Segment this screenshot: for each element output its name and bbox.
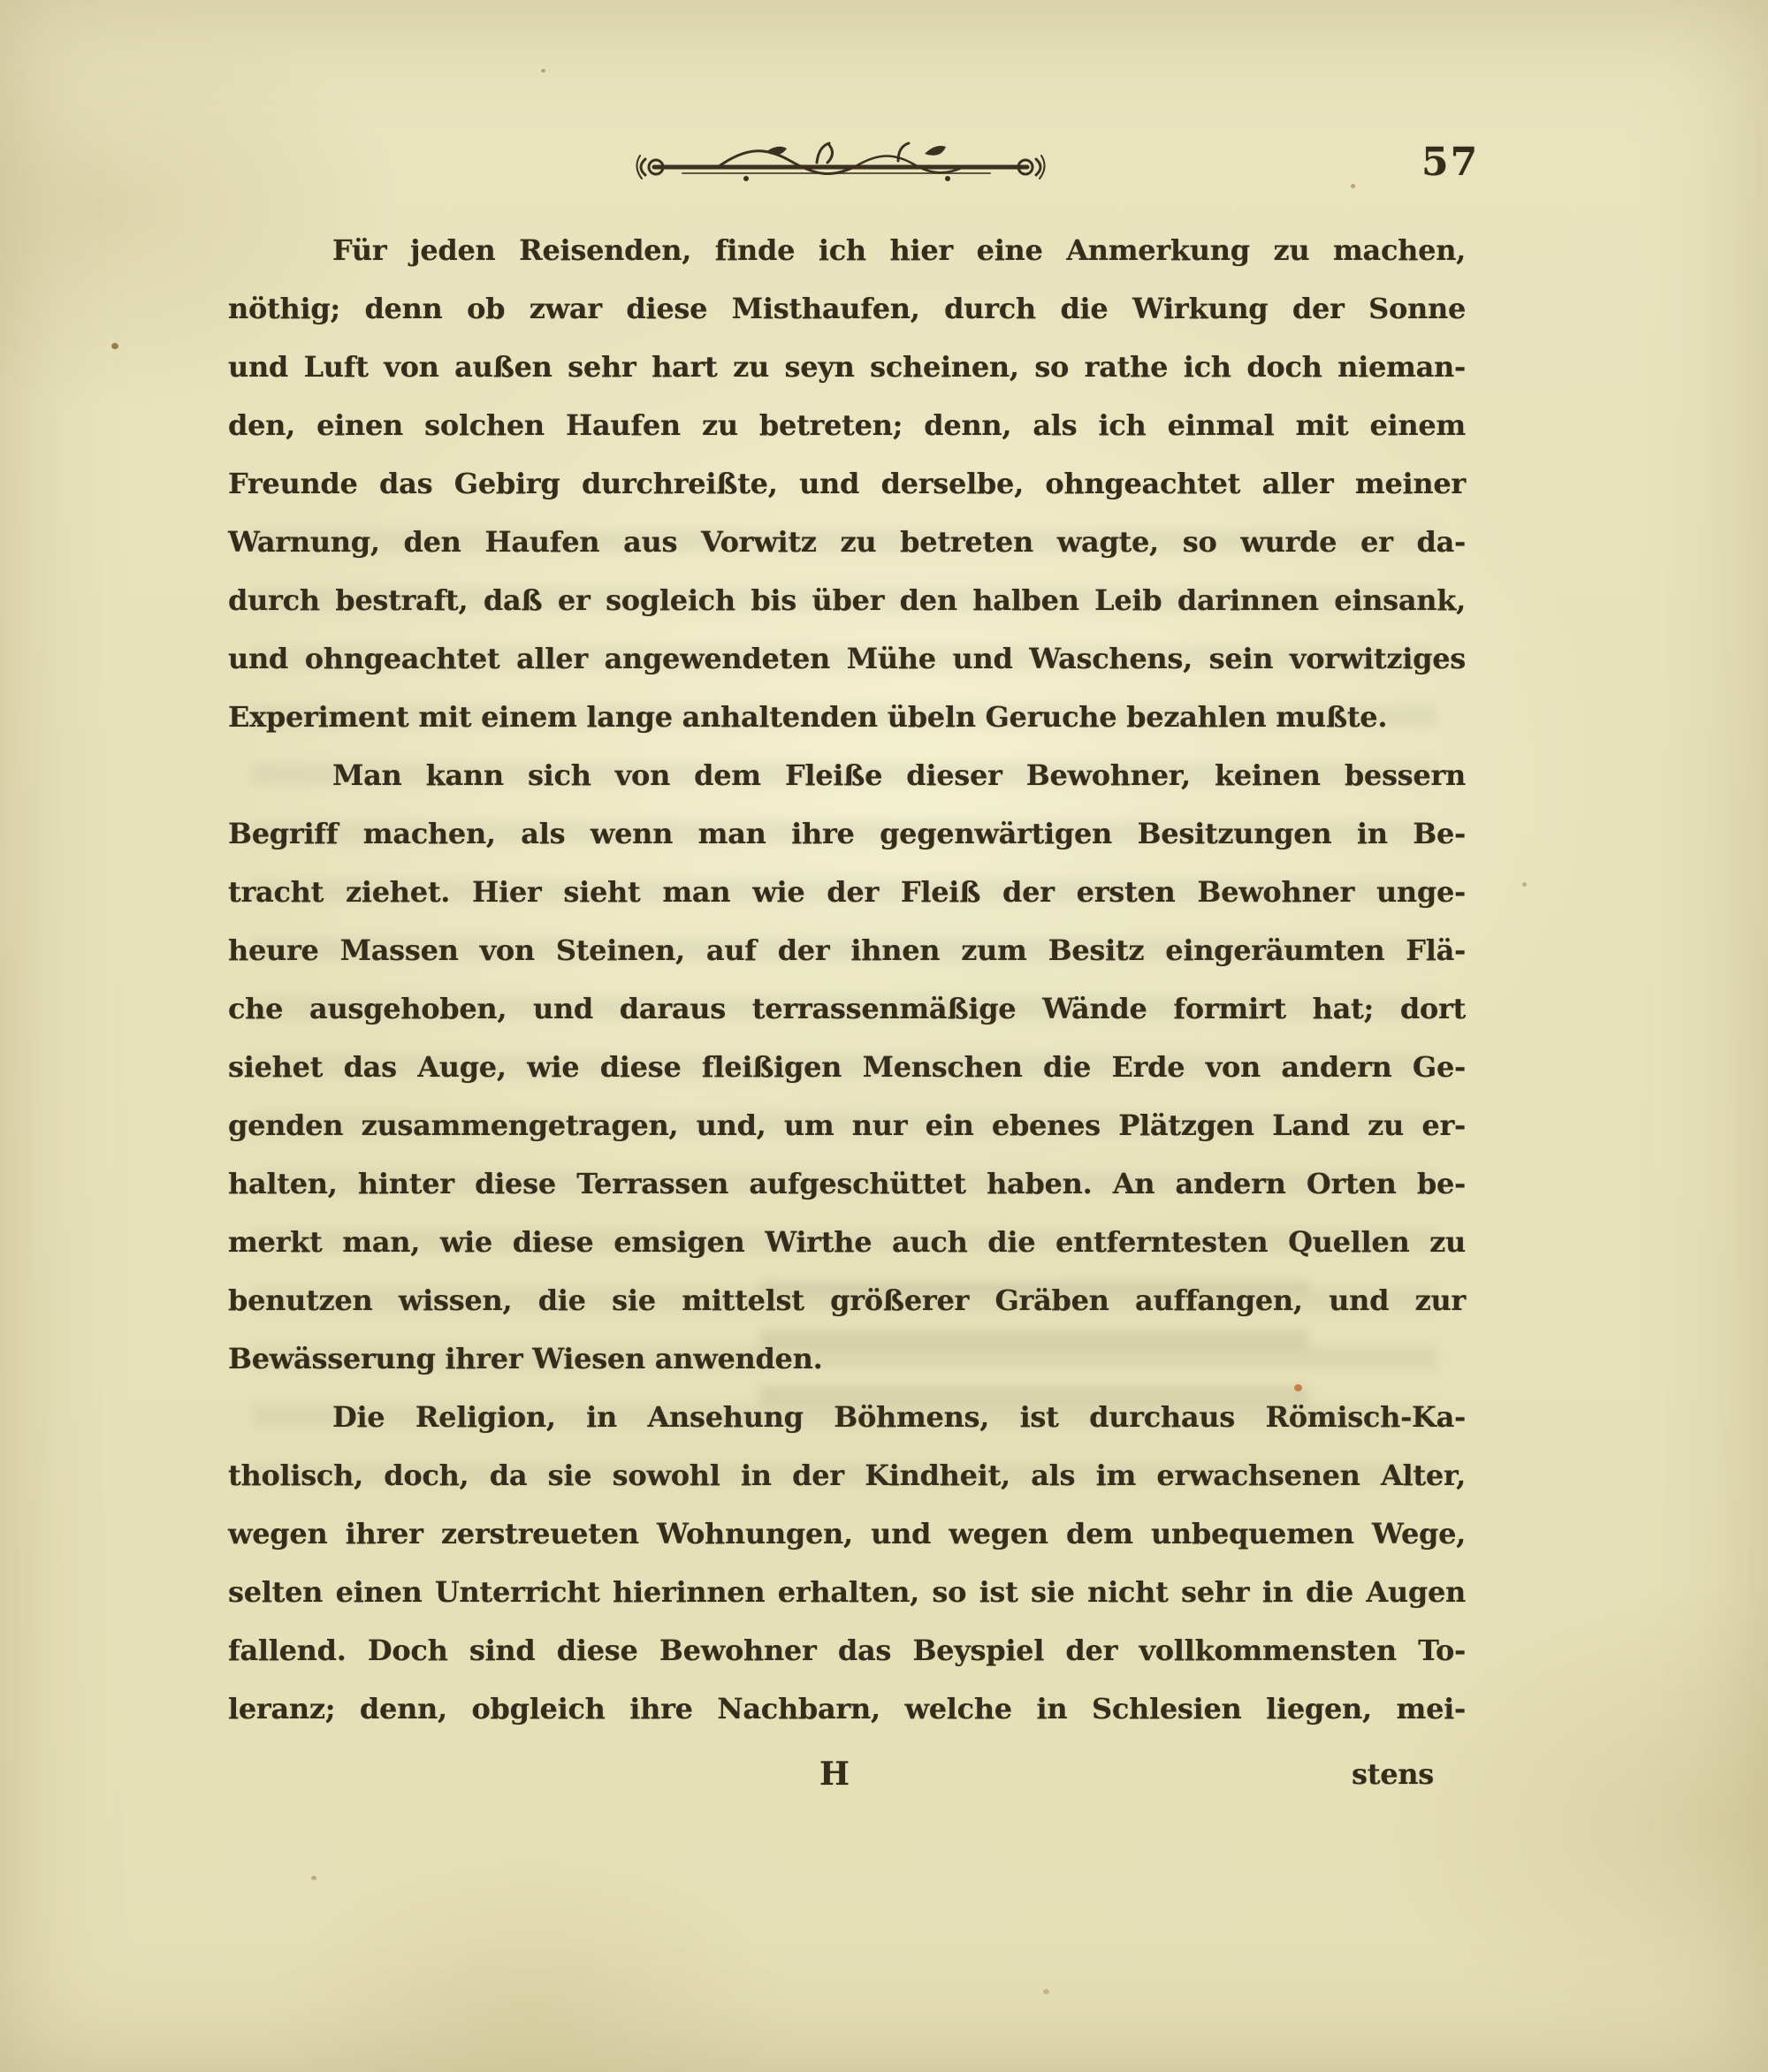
text-line: selten einen Unterricht hierinnen erhalt… <box>228 1563 1466 1621</box>
paper-speck <box>111 343 118 349</box>
text-line: Die Religion, in Ansehung Böhmens, ist d… <box>228 1388 1466 1446</box>
text-line: fallend. Doch sind diese Bewohner das Be… <box>228 1621 1466 1680</box>
text-line: und ohngeachtet aller angewendeten Mühe … <box>228 629 1466 688</box>
text-line: merkt man, wie diese emsigen Wirthe auch… <box>228 1213 1466 1271</box>
signature-mark: H <box>819 1745 850 1803</box>
text-line: tholisch, doch, da sie sowohl in der Kin… <box>228 1446 1466 1504</box>
text-line: Für jeden Reisenden, finde ich hier eine… <box>228 221 1466 279</box>
text-line: Experiment mit einem lange anhaltenden ü… <box>228 688 1466 746</box>
text-line: Warnung, den Haufen aus Vorwitz zu betre… <box>228 513 1466 571</box>
book-page: 57 Für jeden Reisenden, finde ich hier e… <box>0 0 1768 2072</box>
catchword: stens <box>1352 1745 1434 1803</box>
text-line: leranz; denn, obgleich ihre Nachbarn, we… <box>228 1680 1466 1738</box>
text-line: siehet das Auge, wie diese fleißigen Men… <box>228 1038 1466 1096</box>
text-line: benutzen wissen, die sie mittelst größer… <box>228 1271 1466 1329</box>
text-line: che ausgehoben, und daraus terrassenmäßi… <box>228 979 1466 1038</box>
text-line: den, einen solchen Haufen zu betreten; d… <box>228 396 1466 454</box>
paper-speck <box>1043 1989 1049 1994</box>
text-line: Freunde das Gebirg durchreißte, und ders… <box>228 454 1466 513</box>
text-line: halten, hinter diese Terrassen aufgeschü… <box>228 1154 1466 1213</box>
signature-row: H stens <box>228 1745 1466 1803</box>
page-text: Für jeden Reisenden, finde ich hier eine… <box>228 221 1466 1803</box>
text-line: tracht ziehet. Hier sieht man wie der Fl… <box>228 863 1466 921</box>
text-line: durch bestraft, daß er sogleich bis über… <box>228 571 1466 629</box>
paper-speck <box>541 69 545 72</box>
paper-speck <box>1522 882 1527 887</box>
page-number: 57 <box>1421 140 1479 185</box>
text-line: genden zusammengetragen, und, um nur ein… <box>228 1096 1466 1154</box>
text-line: Begriff machen, als wenn man ihre gegenw… <box>228 804 1466 863</box>
text-line: wegen ihrer zerstreueten Wohnungen, und … <box>228 1504 1466 1563</box>
paper-speck <box>311 1876 316 1880</box>
text-line: Bewässerung ihrer Wiesen anwenden. <box>228 1329 1466 1388</box>
header-ornament <box>633 140 1048 189</box>
text-line: nöthig; denn ob zwar diese Misthaufen, d… <box>228 279 1466 338</box>
text-line: und Luft von außen sehr hart zu seyn sch… <box>228 338 1466 396</box>
paper-speck <box>1351 184 1355 188</box>
text-line: heure Massen von Steinen, auf der ihnen … <box>228 921 1466 979</box>
text-line: Man kann sich von dem Fleiße dieser Bewo… <box>228 746 1466 804</box>
